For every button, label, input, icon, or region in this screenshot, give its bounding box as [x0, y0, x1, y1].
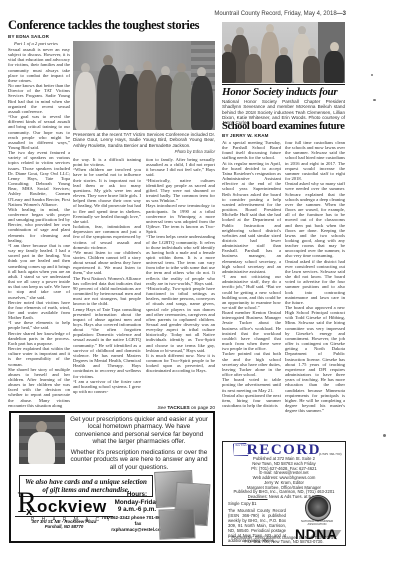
- single-copy: Single Copy $1: [228, 501, 256, 506]
- honor-headline: Honor Society inducts four: [222, 86, 345, 98]
- conference-col2: the way. It is a difficult training poin…: [73, 157, 141, 412]
- record-masthead-box: New Town RECORD (USPS 366-790) Published…: [222, 441, 346, 546]
- deadlines-label: Deadlines:: [248, 494, 268, 499]
- record-info-lines: Published at 372 Main St. Suite 2 New To…: [227, 457, 341, 500]
- conference-col3: tion to family. After being sexually ass…: [146, 157, 215, 404]
- conference-photo: [73, 41, 215, 130]
- series-note: Part 1 of a 2 part series: [14, 41, 58, 46]
- scan-artifact: [371, 74, 373, 76]
- pharmacy-ad: Get your prescriptions quicker and easie…: [9, 411, 215, 543]
- conference-col1: Sexual assault is never an easy subject …: [8, 47, 70, 412]
- honor-photo: [222, 22, 345, 83]
- ad-paragraph-2: Whether it's prescription medications or…: [69, 449, 209, 471]
- logo-rest: ockview: [37, 497, 107, 516]
- person-body: [303, 56, 320, 83]
- scan-artifact: [383, 434, 386, 437]
- header-date: Mountrail County Record, Friday, May 4, …: [214, 11, 336, 17]
- pharmacist-photo: [19, 415, 65, 464]
- page-header-meta: Mountrail County Record, Friday, May 4, …: [150, 11, 346, 17]
- pharmacist-coat: [28, 432, 55, 464]
- person-body: [171, 72, 192, 130]
- postmaster-note: Postmaster: Send address changes to: New…: [227, 536, 341, 546]
- school-col2: four full time custodians clean the scho…: [285, 140, 345, 439]
- school-headline: School board examines future: [222, 121, 345, 132]
- person-body: [245, 54, 262, 83]
- person-body: [324, 51, 344, 83]
- conference-photo-caption: Presenters at the recent TAT Victim Serv…: [73, 132, 215, 148]
- person-body: [222, 52, 236, 83]
- person-body: [191, 76, 213, 130]
- school-col1: At a special meeting Tuesday, the Parsha…: [222, 140, 281, 439]
- honor-rule: [222, 84, 345, 85]
- school-byline: BY JERRY W. KRAM: [222, 133, 269, 138]
- state-label: New Town: [235, 444, 246, 447]
- conference-byline: BY EDNA SAILOR: [8, 34, 49, 39]
- scan-artifact: [373, 99, 376, 101]
- nna-seal-icon: [305, 495, 331, 521]
- gift-photos: [153, 471, 209, 539]
- record-usps: (USPS 366-790): [319, 452, 342, 456]
- person-body: [75, 72, 96, 130]
- page-number: —3: [337, 11, 346, 17]
- ad-paragraph-1: Get your prescriptions quicker and easie…: [69, 416, 209, 446]
- gift-photo: [158, 508, 195, 539]
- person-body: [97, 65, 120, 130]
- newspaper-page: Mountrail County Record, Friday, May 4, …: [0, 0, 400, 567]
- person-body: [275, 55, 292, 83]
- conference-headline: Conference tackles the toughest stories: [8, 18, 217, 33]
- conference-photo-credit: Photo by Edna Sailor: [73, 149, 215, 154]
